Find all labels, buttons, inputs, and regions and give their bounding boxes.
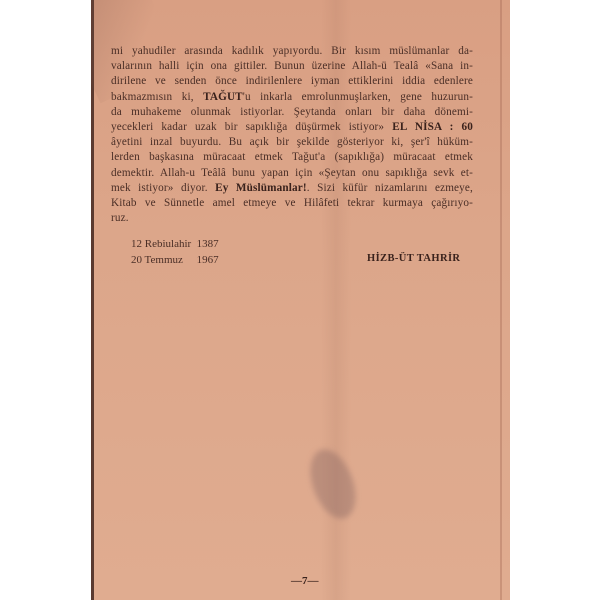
date-block: 12 Rebiulahir 1387 20 Temmuz 1967 (131, 236, 219, 268)
fingerprint-smudge (302, 443, 364, 524)
text-line: demektir. Allah-u Teâlâ bunu yapan için … (111, 166, 473, 181)
text-line: yecekleri kadar uzak bir sapıklığa düşür… (111, 120, 473, 135)
text-line: mi yahudiler arasında kadılık yapıyordu.… (111, 44, 473, 59)
text-line: Kitab ve Sünnetle amel etmeye ve Hilâfet… (111, 196, 473, 211)
text-line: da muhakeme olunmak istiyorlar. Şeytanda… (111, 105, 473, 120)
page-number: —7— (291, 575, 319, 587)
date-gregorian: 20 Temmuz 1967 (131, 252, 219, 268)
document-page: mi yahudiler arasında kadılık yapıyordu.… (91, 0, 510, 600)
date-hijri: 12 Rebiulahir 1387 (131, 236, 219, 252)
text-line: mek istiyor» diyor. Ey Müslümanlar!. Siz… (111, 181, 473, 196)
text-line: ruz. (111, 211, 473, 226)
emphasis-text: TAĞUT (203, 91, 243, 103)
text-line: âyetini inzal buyurdu. Bu açık bir şekil… (111, 135, 473, 150)
signature: HİZB-ÜT TAHRİR (367, 253, 460, 264)
body-paragraph: mi yahudiler arasında kadılık yapıyordu.… (111, 44, 473, 226)
emphasis-text: EL NİSA : 60 (392, 121, 473, 133)
text-line: lerden başkasına müracaat etmek Tağut'a … (111, 150, 473, 165)
emphasis-text: Ey Müslümanlar! (215, 182, 307, 194)
text-line: bakmazmısın ki, TAĞUT'u inkarla emrolunm… (111, 90, 473, 105)
text-line: valarının halli için ona gittiler. Bunun… (111, 59, 473, 74)
text-line: dirilene ve senden önce indirilenlere iy… (111, 74, 473, 89)
